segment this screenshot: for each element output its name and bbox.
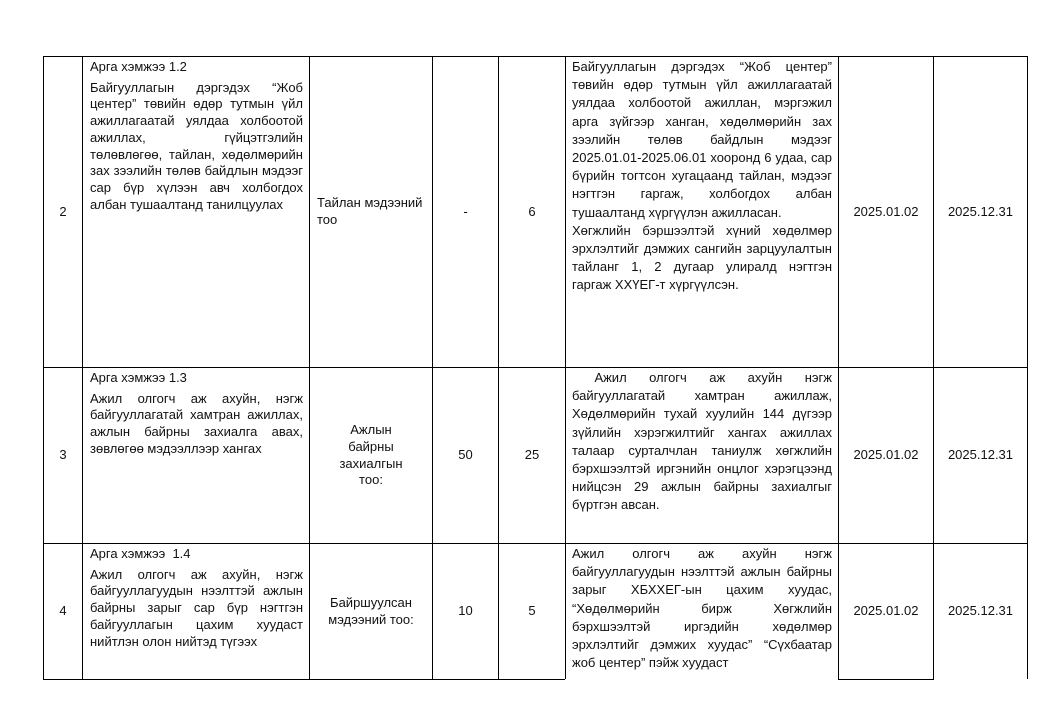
result-paragraph: Ажил олгогч аж ахуйн нэгж байгууллагатай… [572, 369, 832, 515]
indicator-cell: Ажлын байрны захиалгын тоо: [309, 367, 432, 543]
target-cell: 6 [498, 56, 565, 367]
action-title: Арга хэмжээ 1.2 [90, 59, 303, 76]
action-text: Ажил олгогч аж ахуйн, нэгж байгууллагууд… [90, 567, 303, 651]
result-paragraph: Ажил олгогч аж ахуйн нэгж байгууллагууды… [572, 545, 832, 672]
result-cell: Ажил олгогч аж ахуйн нэгж байгууллагууды… [565, 543, 838, 679]
result-paragraph: Байгууллагын дэргэдэх “Жоб центер” төвий… [572, 58, 832, 222]
row-number: 3 [43, 367, 82, 543]
action-title: Арга хэмжээ 1.4 [90, 546, 303, 563]
end-date-cell: 2025.12.31 [933, 543, 1028, 679]
result-cell: Байгууллагын дэргэдэх “Жоб центер” төвий… [565, 56, 838, 367]
result-paragraph: Хөгжлийн бэршээлтэй хүний хөдөлмөр эрхлэ… [572, 222, 832, 295]
baseline-cell: 50 [432, 367, 498, 543]
action-cell: Арга хэмжээ 1.4 Ажил олгогч аж ахуйн, нэ… [82, 543, 309, 679]
start-date-cell: 2025.01.02 [838, 56, 933, 367]
baseline-cell: 10 [432, 543, 498, 679]
start-date-cell: 2025.01.02 [838, 367, 933, 543]
table-bottom-border [838, 679, 934, 680]
end-date-cell: 2025.12.31 [933, 56, 1028, 367]
start-date-cell: 2025.01.02 [838, 543, 933, 679]
action-text: Байгууллагын дэргэдэх “Жоб центер” төвий… [90, 80, 303, 214]
result-cell: Ажил олгогч аж ахуйн нэгж байгууллагатай… [565, 367, 838, 543]
indicator-cell: Байршуулсан мэдээний тоо: [309, 543, 432, 679]
action-cell: Арга хэмжээ 1.3 Ажил олгогч аж ахуйн, нэ… [82, 367, 309, 543]
indicator-cell: Тайлан мэдээний тоо [309, 56, 432, 367]
table-bottom-border [43, 679, 565, 680]
row-number: 2 [43, 56, 82, 367]
action-cell: Арга хэмжээ 1.2 Байгууллагын дэргэдэх “Ж… [82, 56, 309, 367]
row-number: 4 [43, 543, 82, 679]
action-title: Арга хэмжээ 1.3 [90, 370, 303, 387]
end-date-cell: 2025.12.31 [933, 367, 1028, 543]
action-text: Ажил олгогч аж ахуйн, нэгж байгууллагата… [90, 391, 303, 458]
baseline-cell: - [432, 56, 498, 367]
target-cell: 25 [498, 367, 565, 543]
target-cell: 5 [498, 543, 565, 679]
